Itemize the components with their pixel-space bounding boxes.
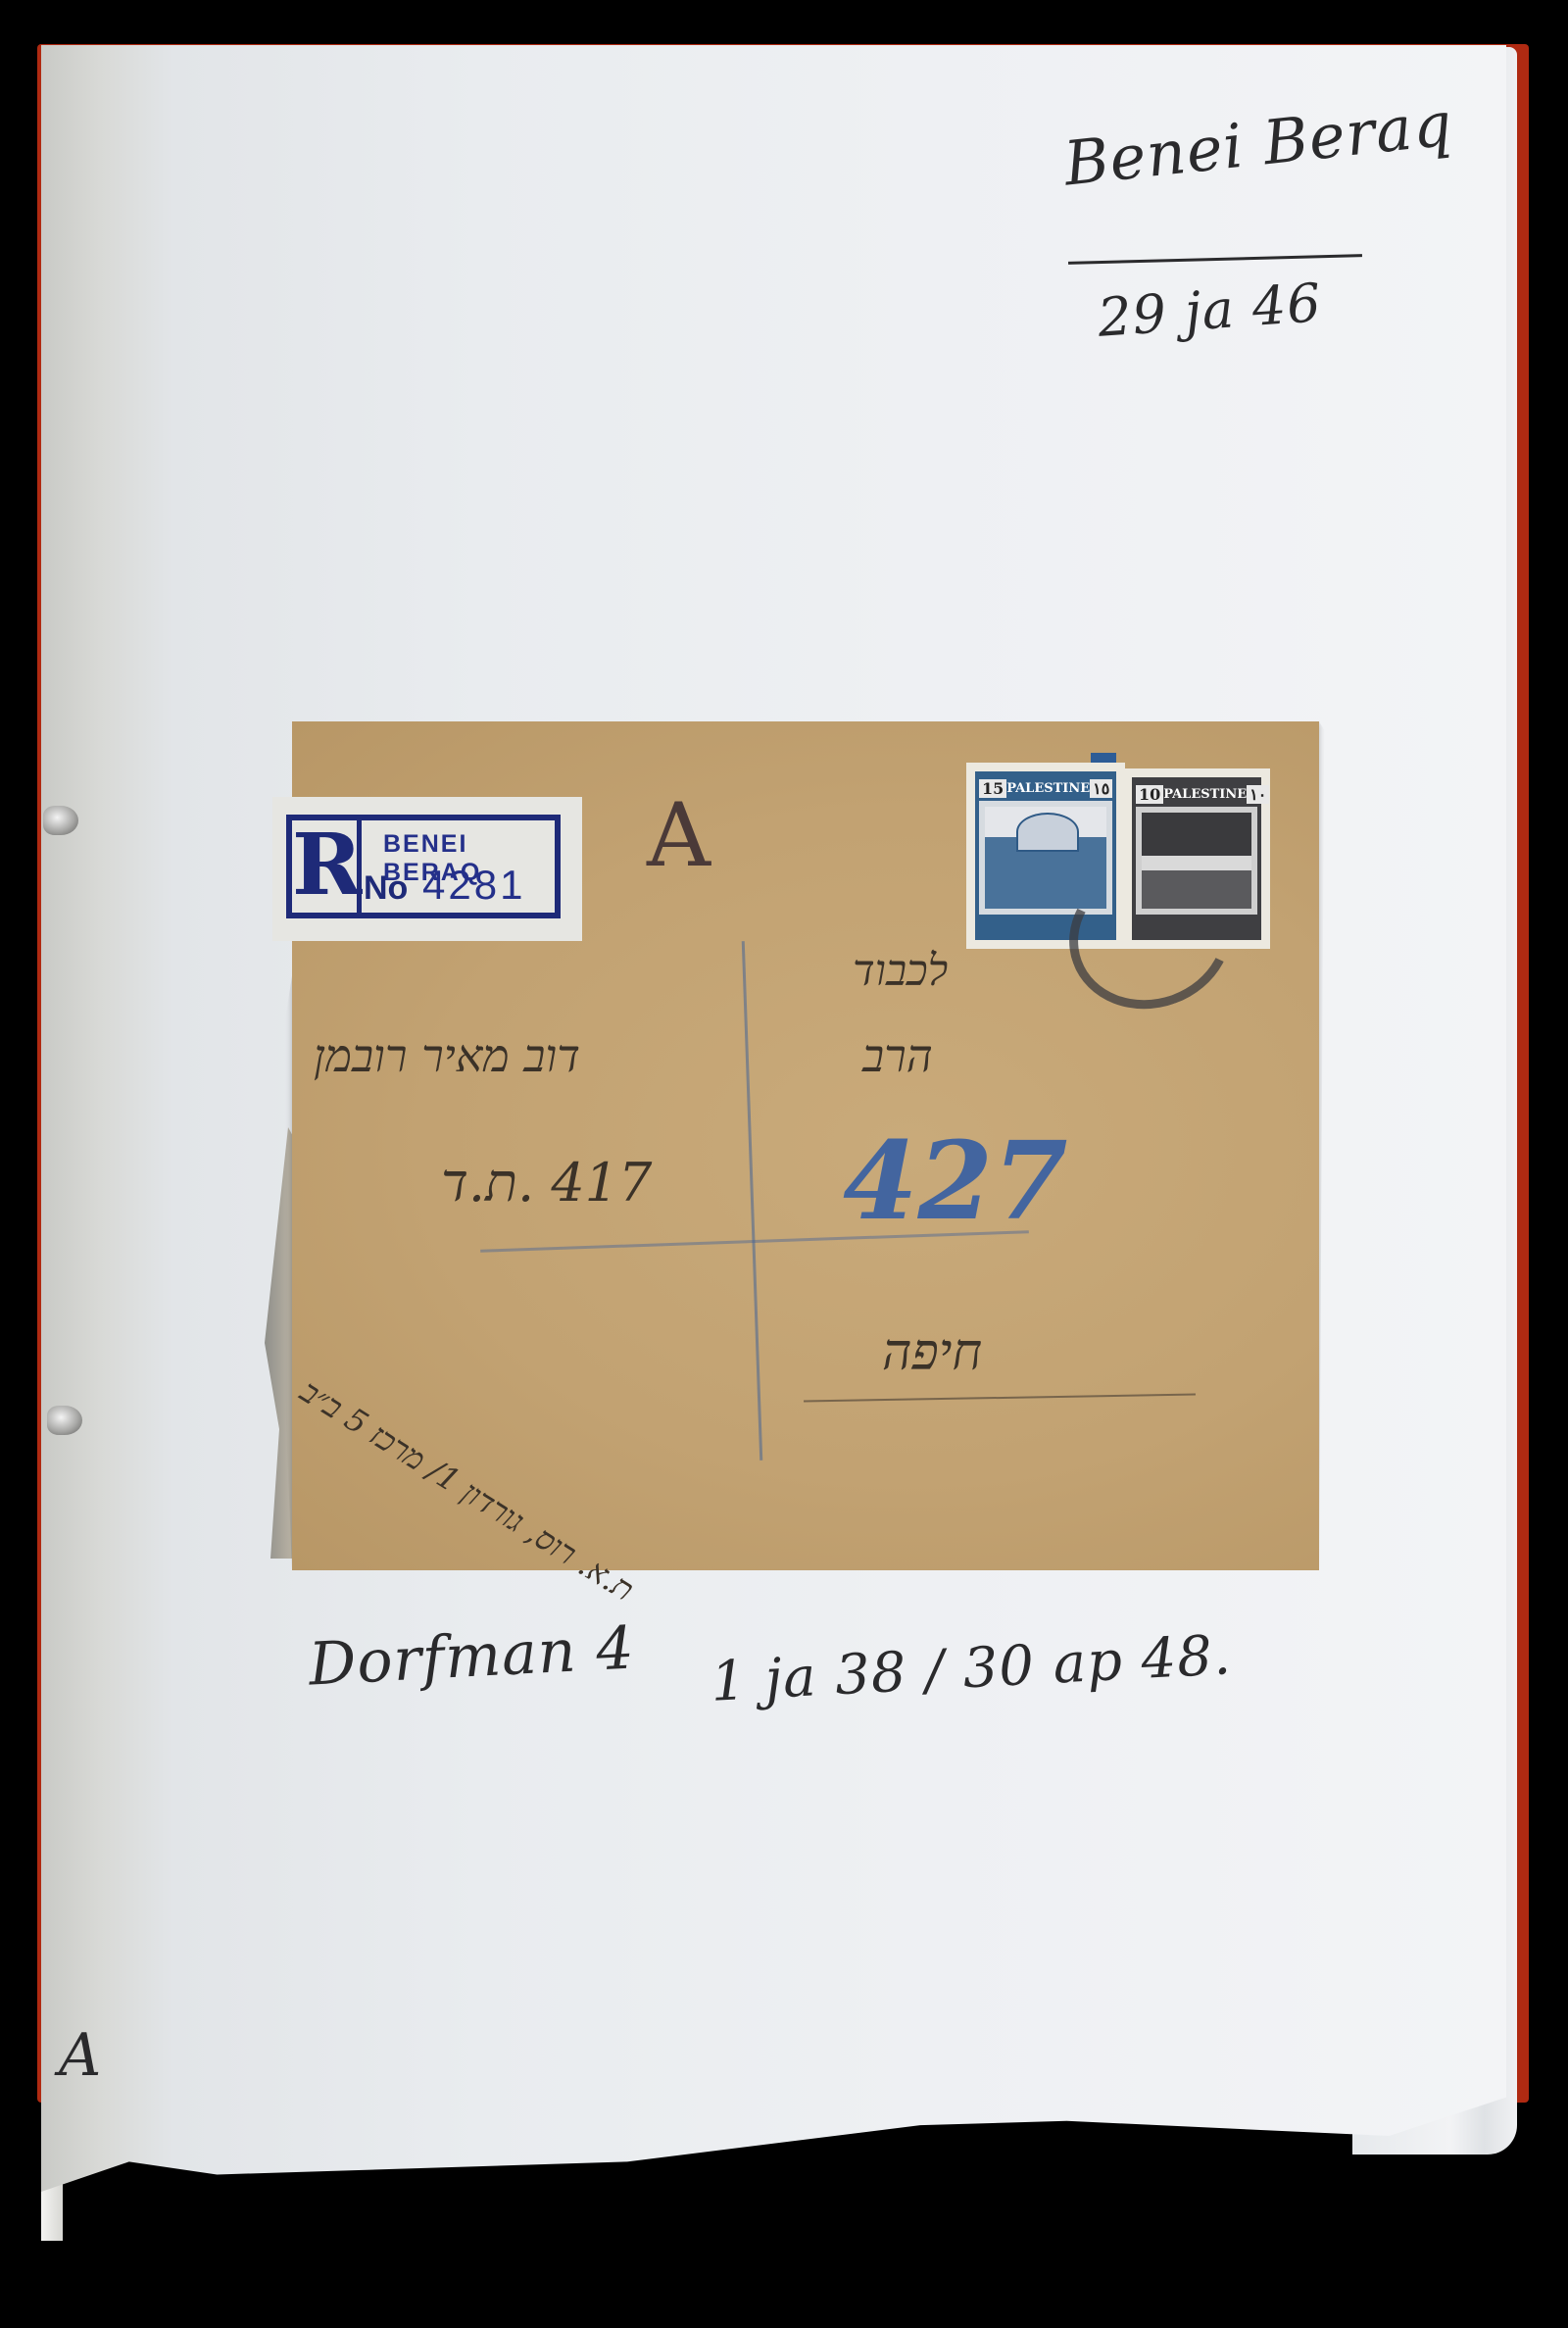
registration-letter: R: [292, 820, 362, 913]
address-line: הרב: [862, 1029, 933, 1082]
address-city: חיפה: [882, 1323, 982, 1382]
registration-label: R BENEI BERAQ No 4281: [272, 797, 582, 941]
stamp-value-arabic: ١٥: [1090, 779, 1112, 798]
binder-ring-icon: [47, 1406, 82, 1435]
stamp-country: PALESTINE: [1006, 781, 1090, 796]
address-line: 417 .ת.ד: [441, 1152, 652, 1214]
stamp-value: 10: [1136, 785, 1163, 804]
registration-body: BENEI BERAQ No 4281: [362, 820, 555, 913]
blue-crayon-mark: 427: [843, 1117, 1068, 1244]
registration-frame: R BENEI BERAQ No 4281: [286, 815, 561, 918]
binder-ring-icon: [43, 806, 78, 835]
stamp-country: PALESTINE: [1163, 787, 1247, 802]
page-letter: A: [59, 2021, 102, 2090]
address-line: דוב מאיר רובמן: [314, 1029, 580, 1082]
registration-number-prefix: No: [364, 869, 408, 908]
pencil-mark: A: [647, 784, 710, 887]
registration-number: 4281: [422, 862, 525, 909]
address-line: לכבוד: [853, 946, 948, 996]
stamp-value-arabic: ١٠: [1247, 785, 1269, 804]
stamp-value: 15: [979, 779, 1006, 798]
